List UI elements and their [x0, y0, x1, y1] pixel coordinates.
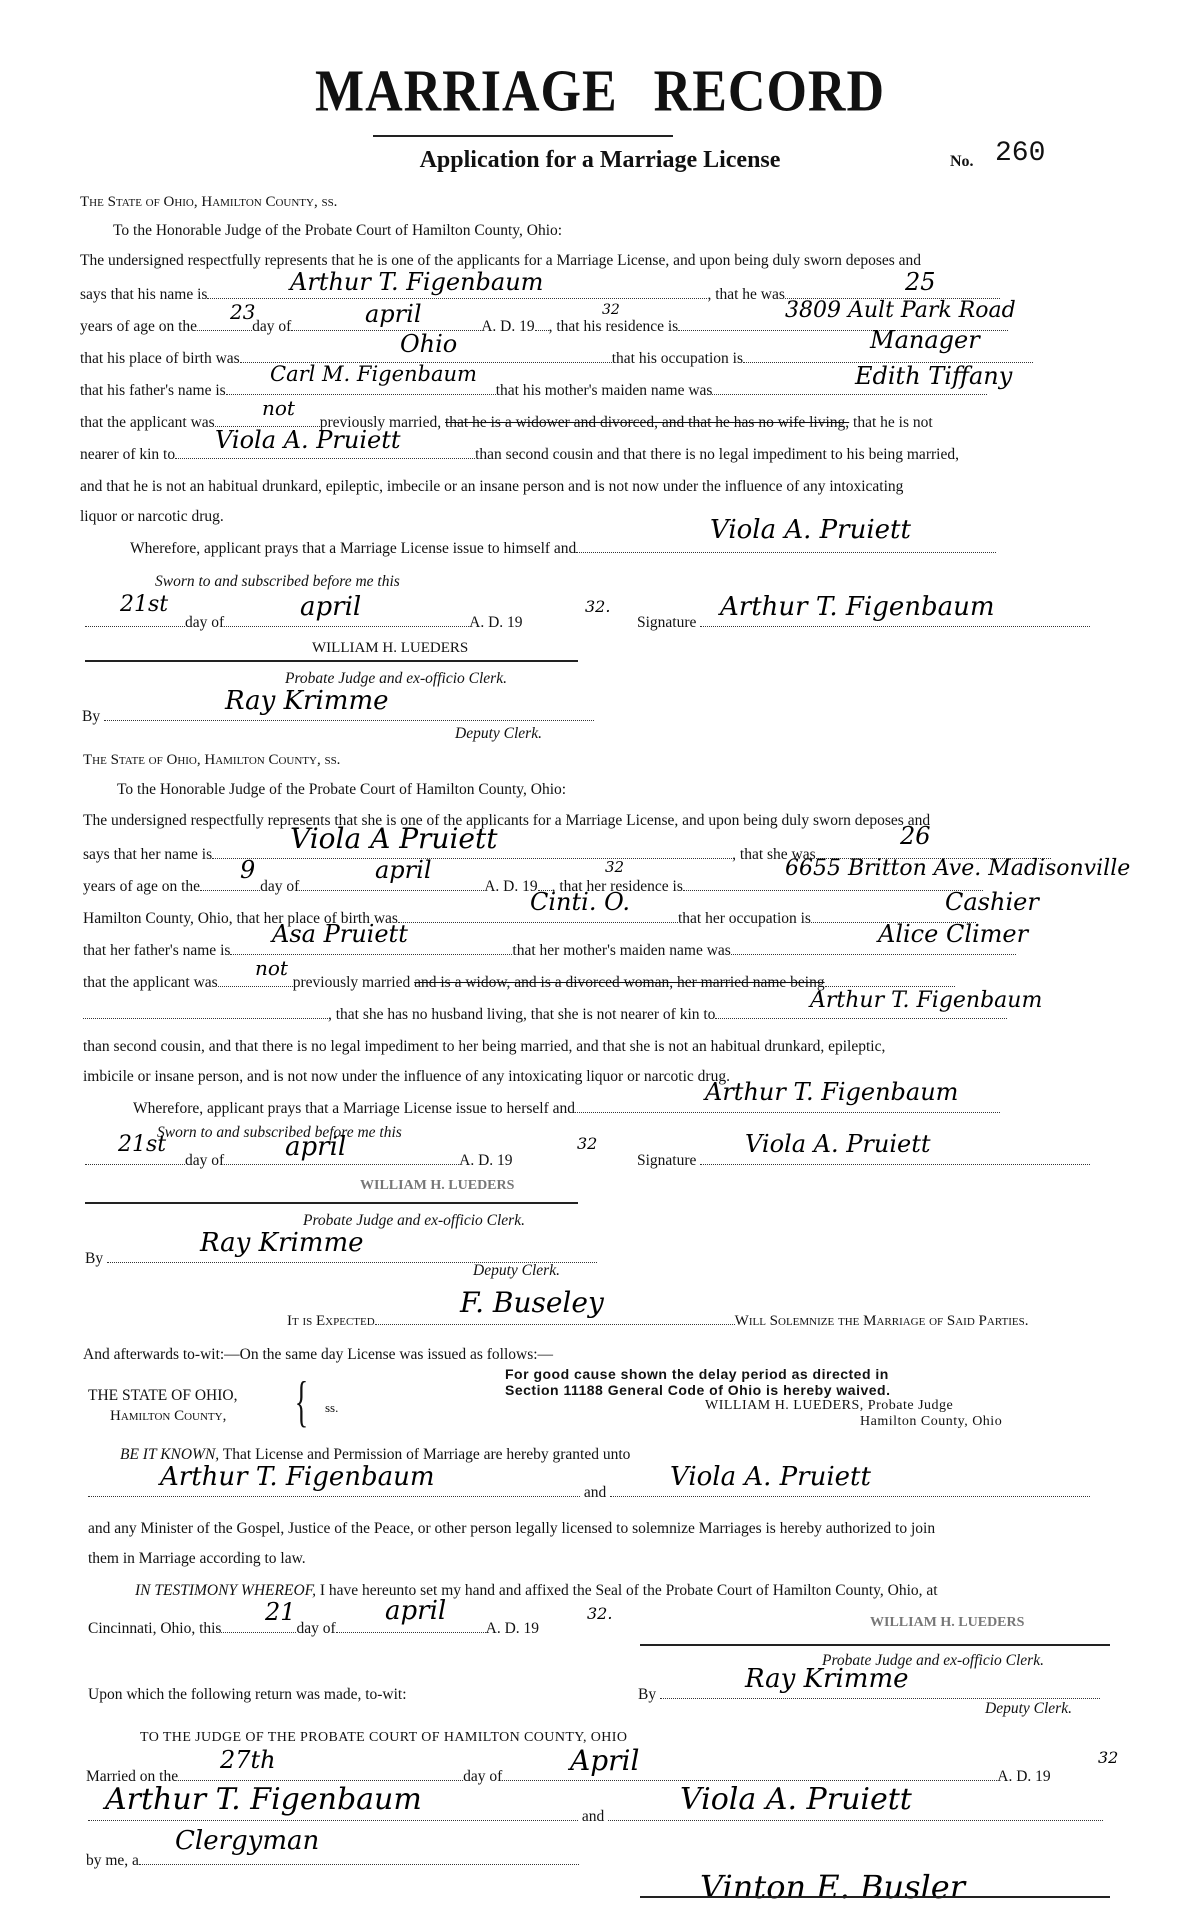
license-ss: ss. [325, 1400, 338, 1416]
intro-line: The undersigned respectfully represents … [83, 812, 1111, 830]
judge-signature-line [85, 660, 578, 662]
sworn-line: Sworn to and subscribed before me this [157, 1124, 402, 1142]
license-county: Hamilton County, [110, 1408, 226, 1425]
bride-father-value: Asa Pruiett [272, 920, 408, 948]
groom-kin-value: Viola A. Pruiett [215, 426, 400, 454]
sworn-line: Sworn to and subscribed before me this [155, 573, 400, 591]
by-me-row: by me, a [86, 1852, 579, 1870]
license-month: april [385, 1596, 446, 1626]
groom-sworn-year: 32. [585, 597, 610, 616]
previous-marriage-row: that the applicant waspreviously married… [80, 414, 933, 432]
judge-stamp: WILLIAM H. LUEDERS [360, 1178, 514, 1194]
expected-row: It is ExpectedWill Solemnize the Marriag… [287, 1312, 1028, 1330]
officiant-signature-line [640, 1896, 1110, 1898]
groom-age-value: 25 [905, 268, 936, 296]
groom-residence-value: 3809 Ault Park Road [785, 298, 1016, 323]
bride-signature: Viola A. Pruiett [745, 1130, 930, 1158]
judge-signature-line [85, 1202, 578, 1204]
groom-wherefore-value: Viola A. Pruiett [710, 515, 911, 545]
groom-birth-day: 23 [230, 300, 255, 324]
groom-birth-month: april [365, 300, 422, 328]
venue: The State of Ohio, Hamilton County, ss. [80, 194, 337, 211]
bride-wherefore-value: Arthur T. Figenbaum [705, 1078, 958, 1106]
testimony-row: IN TESTIMONY WHEREOF, I have hereunto se… [135, 1582, 938, 1600]
married-year: 32 [1098, 1748, 1118, 1767]
groom-birth-year: 32 [602, 302, 620, 318]
record-number-value: 260 [995, 138, 1045, 169]
deputy-signature: Ray Krimme [200, 1228, 364, 1258]
license-day: 21 [265, 1598, 296, 1626]
afterwards-line: And afterwards to-wit:—On the same day L… [83, 1346, 553, 1364]
authorize-line-2: them in Marriage according to law. [88, 1550, 306, 1568]
license-groom: Arthur T. Figenbaum [160, 1462, 435, 1492]
officiant-role: Clergyman [175, 1826, 319, 1856]
bride-name-value: Viola A Pruiett [290, 822, 498, 855]
parents-row: that his father's name isthat his mother… [80, 382, 987, 400]
groom-sworn-month: april [300, 592, 361, 622]
salutation: To the Honorable Judge of the Probate Co… [117, 781, 566, 799]
groom-prev-value: not [262, 396, 295, 420]
married-day: 27th [220, 1746, 276, 1774]
return-line: Upon which the following return was made… [88, 1686, 407, 1704]
deputy-title: Deputy Clerk. [473, 1262, 560, 1280]
bride-mother-value: Alice Climer [878, 920, 1028, 948]
license-year: 32. [587, 1604, 612, 1623]
bride-prev-value: not [255, 956, 288, 980]
brace: { [295, 1370, 308, 1434]
bride-sworn-day: 21st [118, 1132, 166, 1157]
expected-officiant-value: F. Buseley [460, 1286, 604, 1319]
groom-sworn-day: 21st [120, 592, 168, 617]
officiant-signature: Vinton E. Busler [700, 1868, 965, 1906]
bride-residence-value: 6655 Britton Ave. Madisonville [785, 856, 1130, 881]
issue-date-row: Cincinnati, Ohio, thisday ofA. D. 19 [88, 1620, 539, 1638]
license-deputy-signature: Ray Krimme [745, 1664, 909, 1694]
parents-row: that her father's name isthat her mother… [83, 942, 1016, 960]
license-state: THE STATE OF OHIO, [88, 1387, 237, 1405]
license-deputy-title: Deputy Clerk. [985, 1700, 1072, 1718]
married-bride: Viola A. Pruiett [680, 1782, 912, 1817]
waiver-stamp: For good cause shown the delay period as… [505, 1366, 1002, 1430]
record-number-label: No. [950, 153, 974, 171]
venue: The State of Ohio, Hamilton County, ss. [83, 752, 340, 769]
authorize-line: and any Minister of the Gospel, Justice … [88, 1520, 1110, 1538]
bride-kin-value: Arthur T. Figenbaum [810, 988, 1042, 1013]
bride-birth-day: 9 [240, 856, 255, 884]
salutation: To the Honorable Judge of the Probate Co… [113, 222, 562, 240]
return-heading: TO THE JUDGE OF THE PROBATE COURT OF HAM… [140, 1730, 627, 1746]
bride-birthplace-value: Cinti. O. [530, 888, 630, 916]
groom-occupation-value: Manager [870, 326, 980, 354]
license-bride: Viola A. Pruiett [670, 1462, 871, 1492]
married-groom: Arthur T. Figenbaum [105, 1782, 422, 1817]
title-divider [373, 135, 673, 137]
bride-sworn-year: 32 [577, 1134, 597, 1153]
liquor-line: liquor or narcotic drug. [80, 508, 224, 526]
bride-occupation-value: Cashier [945, 888, 1039, 916]
judge-stamp: WILLIAM H. LUEDERS [312, 640, 468, 657]
license-judge-line [640, 1644, 1110, 1646]
cousin-line: than second cousin, and that there is no… [83, 1038, 1111, 1056]
imbecile-line: imbicile or insane person, and is not no… [83, 1068, 730, 1086]
bride-birth-month: april [375, 856, 432, 884]
married-month: April [570, 1744, 639, 1777]
groom-father-value: Carl M. Figenbaum [270, 362, 477, 386]
bride-age-value: 26 [900, 822, 931, 850]
bride-birth-year: 32 [605, 858, 624, 876]
document-title: MARRIAGERECORD [0, 58, 1200, 126]
habitual-line: and that he is not an habitual drunkard,… [80, 478, 1110, 496]
intro-line: The undersigned respectfully represents … [80, 252, 1110, 270]
kin-row: nearer of kin tothan second cousin and t… [80, 446, 959, 464]
groom-mother-value: Edith Tiffany [855, 362, 1012, 390]
deputy-signature: Ray Krimme [225, 686, 389, 716]
groom-name-value: Arthur T. Figenbaum [290, 268, 543, 296]
bride-sworn-month: april [285, 1132, 346, 1162]
deputy-title: Deputy Clerk. [455, 725, 542, 743]
groom-signature: Arthur T. Figenbaum [720, 592, 995, 622]
license-judge-stamp: WILLIAM H. LUEDERS [870, 1615, 1024, 1631]
groom-birthplace-value: Ohio [400, 330, 457, 358]
